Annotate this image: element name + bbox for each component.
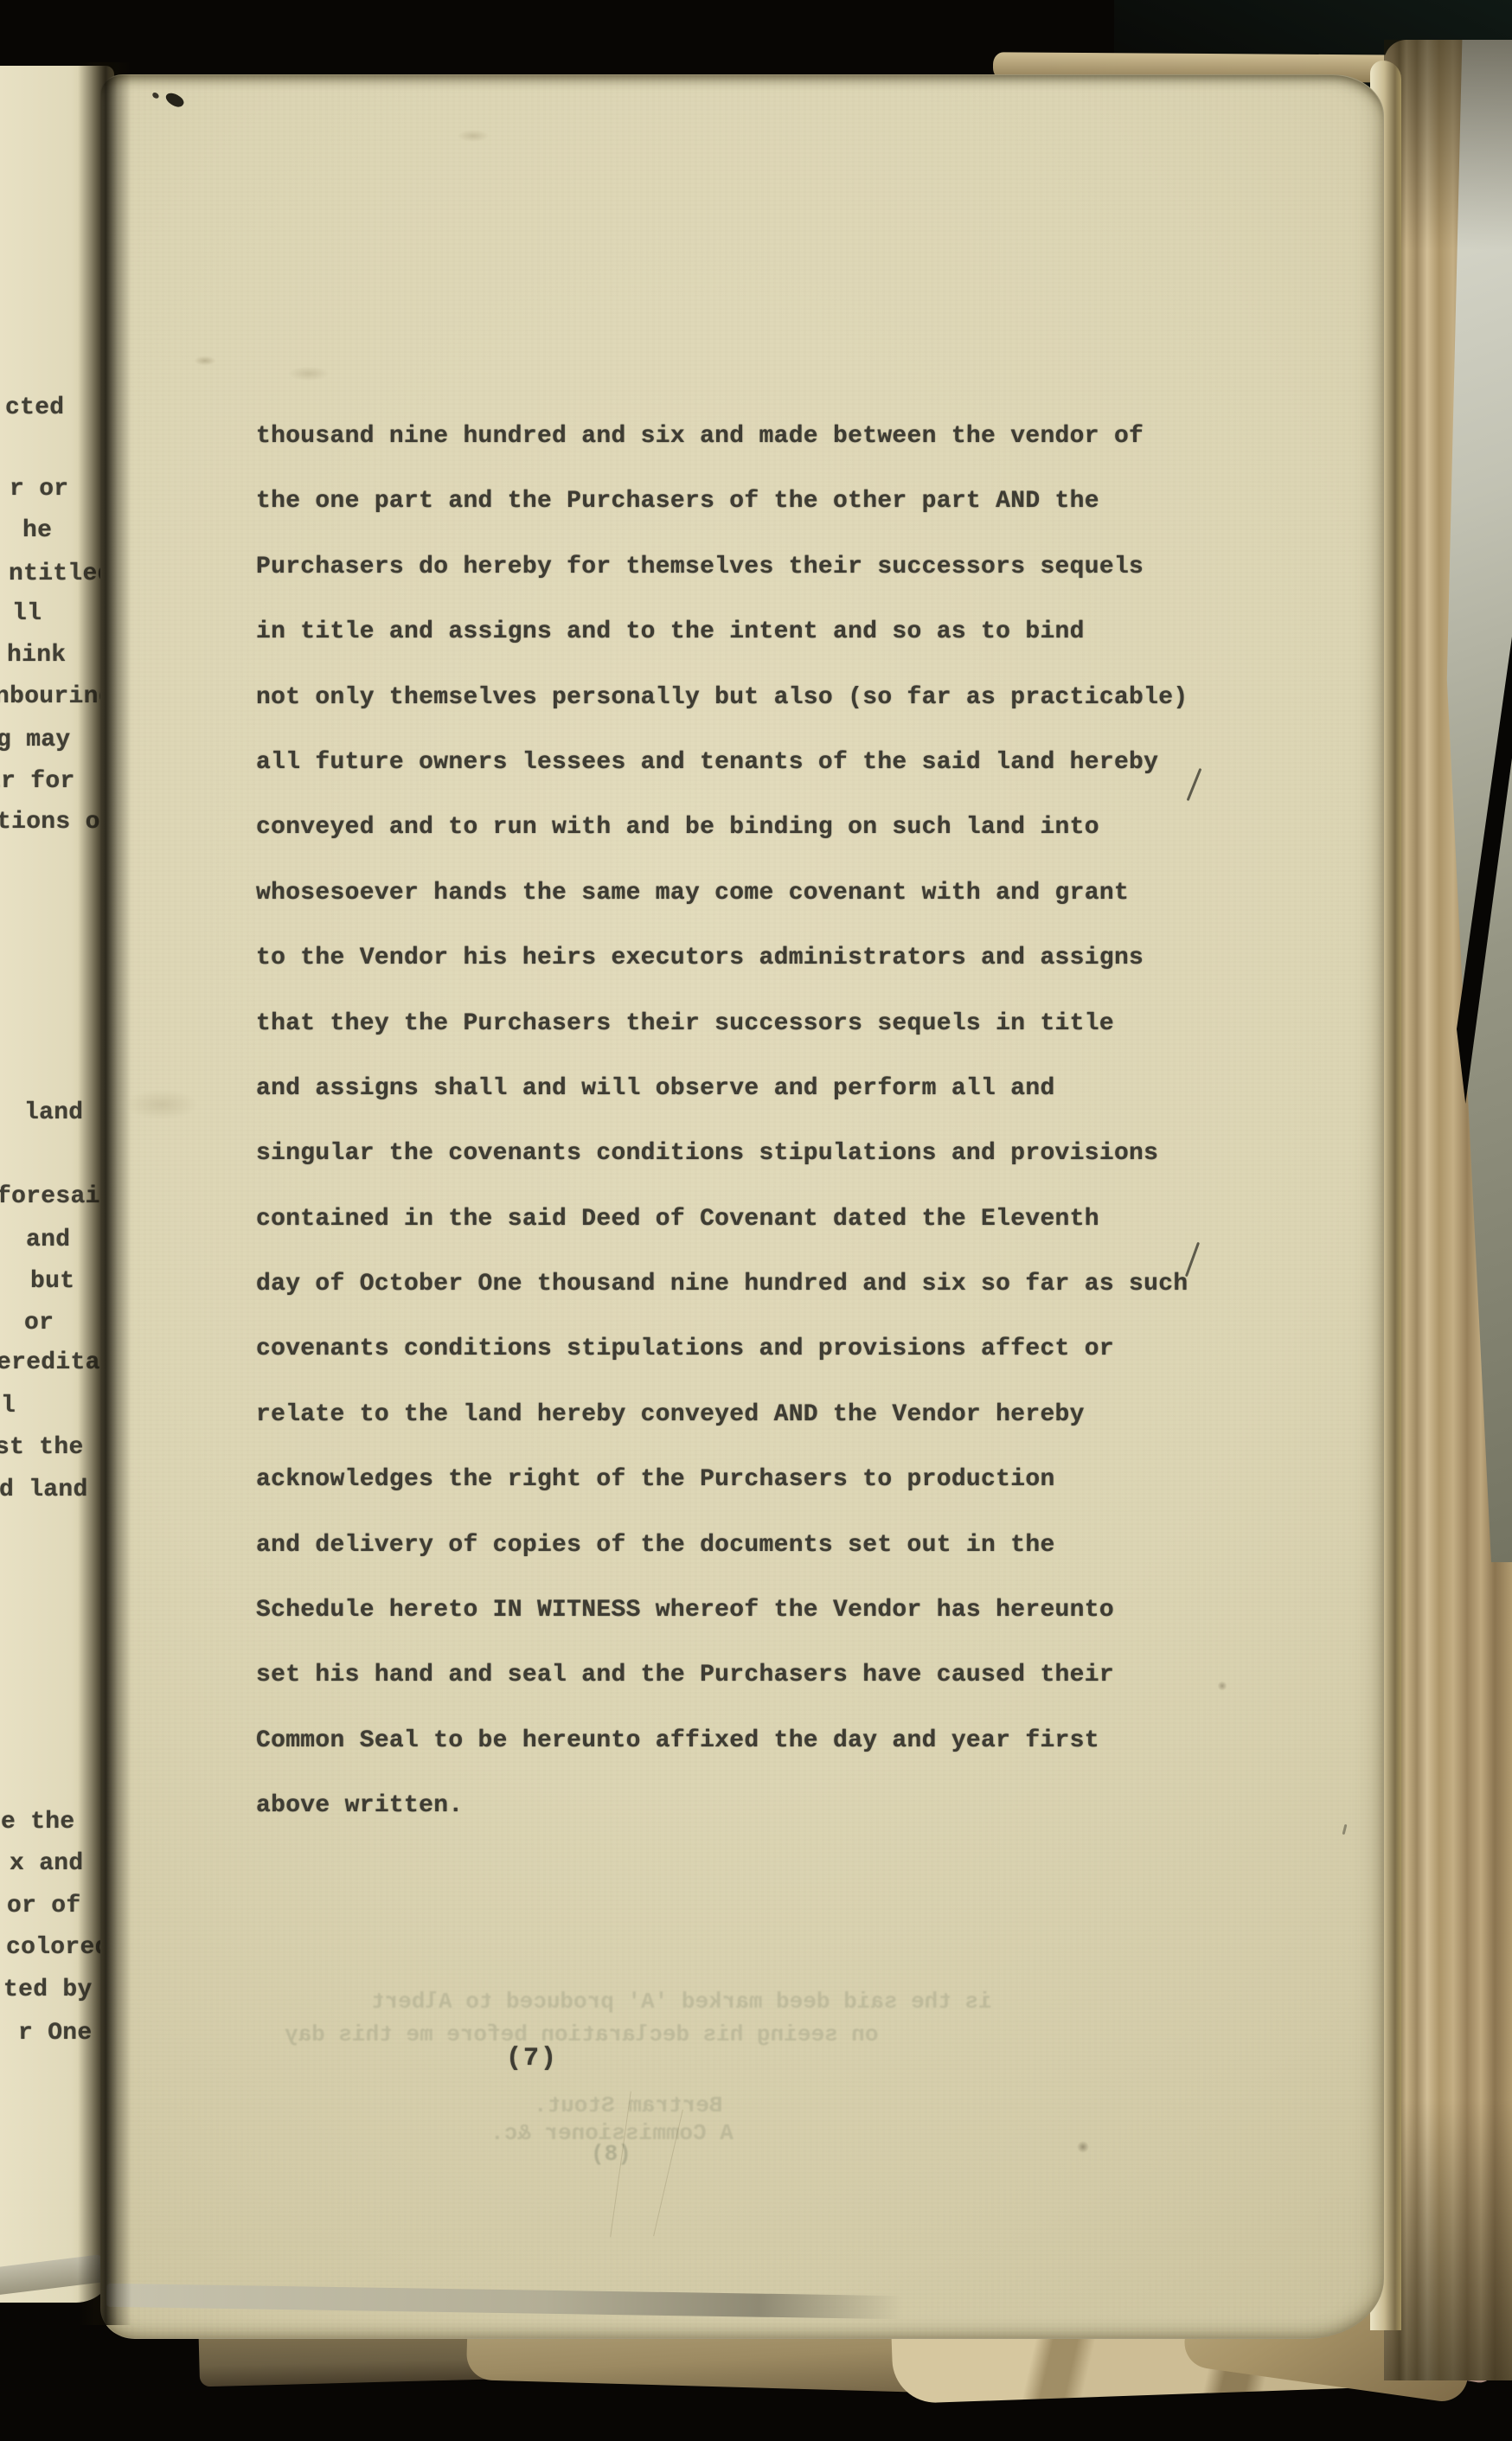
- text-line: not only themselves personally but also …: [256, 684, 1355, 749]
- previous-page-text-fragment: x and: [10, 1850, 84, 1877]
- previous-page-text-fragment: land: [24, 1099, 83, 1126]
- book-scan-photo: ctedr orhentitledllhinknbouringg mayir f…: [0, 0, 1512, 2441]
- previous-page-text-fragment: eredita-: [0, 1349, 114, 1376]
- previous-page-text-fragment: nbouring: [0, 683, 113, 710]
- ink-blotch: [163, 90, 185, 110]
- text-line: and assigns shall and will observe and p…: [256, 1075, 1355, 1140]
- previous-page-text-fragment: e the: [1, 1809, 75, 1836]
- text-line: to the Vendor his heirs executors admini…: [256, 945, 1355, 1009]
- page-number: (7): [506, 2044, 558, 2073]
- previous-page-text-fragment: d land: [0, 1477, 88, 1503]
- text-line: Common Seal to be hereunto affixed the d…: [256, 1727, 1355, 1792]
- text-line: and delivery of copies of the documents …: [256, 1532, 1355, 1597]
- text-line: covenants conditions stipulations and pr…: [256, 1336, 1355, 1400]
- bleedthrough-text: is the said deed marked 'A' produced to …: [371, 1989, 992, 2015]
- previous-page-text-fragment: g may: [0, 727, 71, 753]
- previous-page-text-fragment: ted by a: [3, 1977, 114, 2003]
- page-stack-edges: [1384, 40, 1512, 2380]
- text-line: in title and assigns and to the intent a…: [256, 618, 1355, 683]
- previous-page-text-fragment: l: [1, 1393, 16, 1419]
- previous-page-text-fragment: ll: [12, 600, 42, 627]
- previous-page-text-fragment: he: [22, 517, 52, 544]
- text-line: above written.: [256, 1792, 1355, 1857]
- bleedthrough-text: on seeing his declaration before me this…: [285, 2021, 879, 2047]
- previous-page-text-fragment: r One: [18, 2020, 93, 2047]
- previous-page-text-fragment: tions or: [0, 809, 114, 836]
- previous-page-text-fragment: hink: [7, 642, 66, 669]
- previous-page-text-fragment: foresaid: [0, 1183, 114, 1210]
- previous-page-text-fragment: r or: [10, 476, 68, 503]
- text-line: Schedule hereto IN WITNESS whereof the V…: [256, 1597, 1355, 1662]
- text-line: Purchasers do hereby for themselves thei…: [256, 554, 1355, 618]
- text-line: whosesoever hands the same may come cove…: [256, 880, 1355, 945]
- previous-page-edge: ctedr orhentitledllhinknbouringg mayir f…: [0, 66, 114, 2303]
- text-line: the one part and the Purchasers of the o…: [256, 488, 1355, 553]
- text-line: singular the covenants conditions stipul…: [256, 1140, 1355, 1205]
- previous-page-text-fragment: colored: [6, 1934, 110, 1961]
- cover-shadow-wedge: [1457, 637, 1512, 1104]
- text-line: that they the Purchasers their successor…: [256, 1010, 1355, 1075]
- page-bottom-edge: [106, 2284, 902, 2319]
- text-line: relate to the land hereby conveyed AND t…: [256, 1401, 1355, 1466]
- text-line: acknowledges the right of the Purchasers…: [256, 1466, 1355, 1531]
- previous-page-text-fragment: cted: [5, 394, 64, 421]
- bleedthrough-text: (8): [591, 2141, 631, 2167]
- previous-page-text-fragment: or of: [7, 1893, 81, 1919]
- text-line: set his hand and seal and the Purchasers…: [256, 1662, 1355, 1727]
- previous-page-text-fragment: st the: [0, 1434, 84, 1461]
- text-line: day of October One thousand nine hundred…: [256, 1271, 1355, 1336]
- previous-page-text-fragment: or: [24, 1310, 54, 1336]
- document-page: is the said deed marked 'A' produced to …: [100, 74, 1384, 2339]
- text-line: conveyed and to run with and be binding …: [256, 814, 1355, 879]
- previous-page-text-fragment: but: [30, 1268, 74, 1295]
- text-line: thousand nine hundred and six and made b…: [256, 423, 1355, 488]
- document-body-text: thousand nine hundred and six and made b…: [256, 423, 1355, 1858]
- previous-page-text-fragment: ntitled: [9, 561, 112, 587]
- text-line: all future owners lessees and tenants of…: [256, 749, 1355, 814]
- previous-page-text-fragment: and: [26, 1227, 70, 1253]
- book-cover-fabric: [1443, 40, 1512, 1562]
- previous-page-text-fragment: ir for: [0, 768, 75, 795]
